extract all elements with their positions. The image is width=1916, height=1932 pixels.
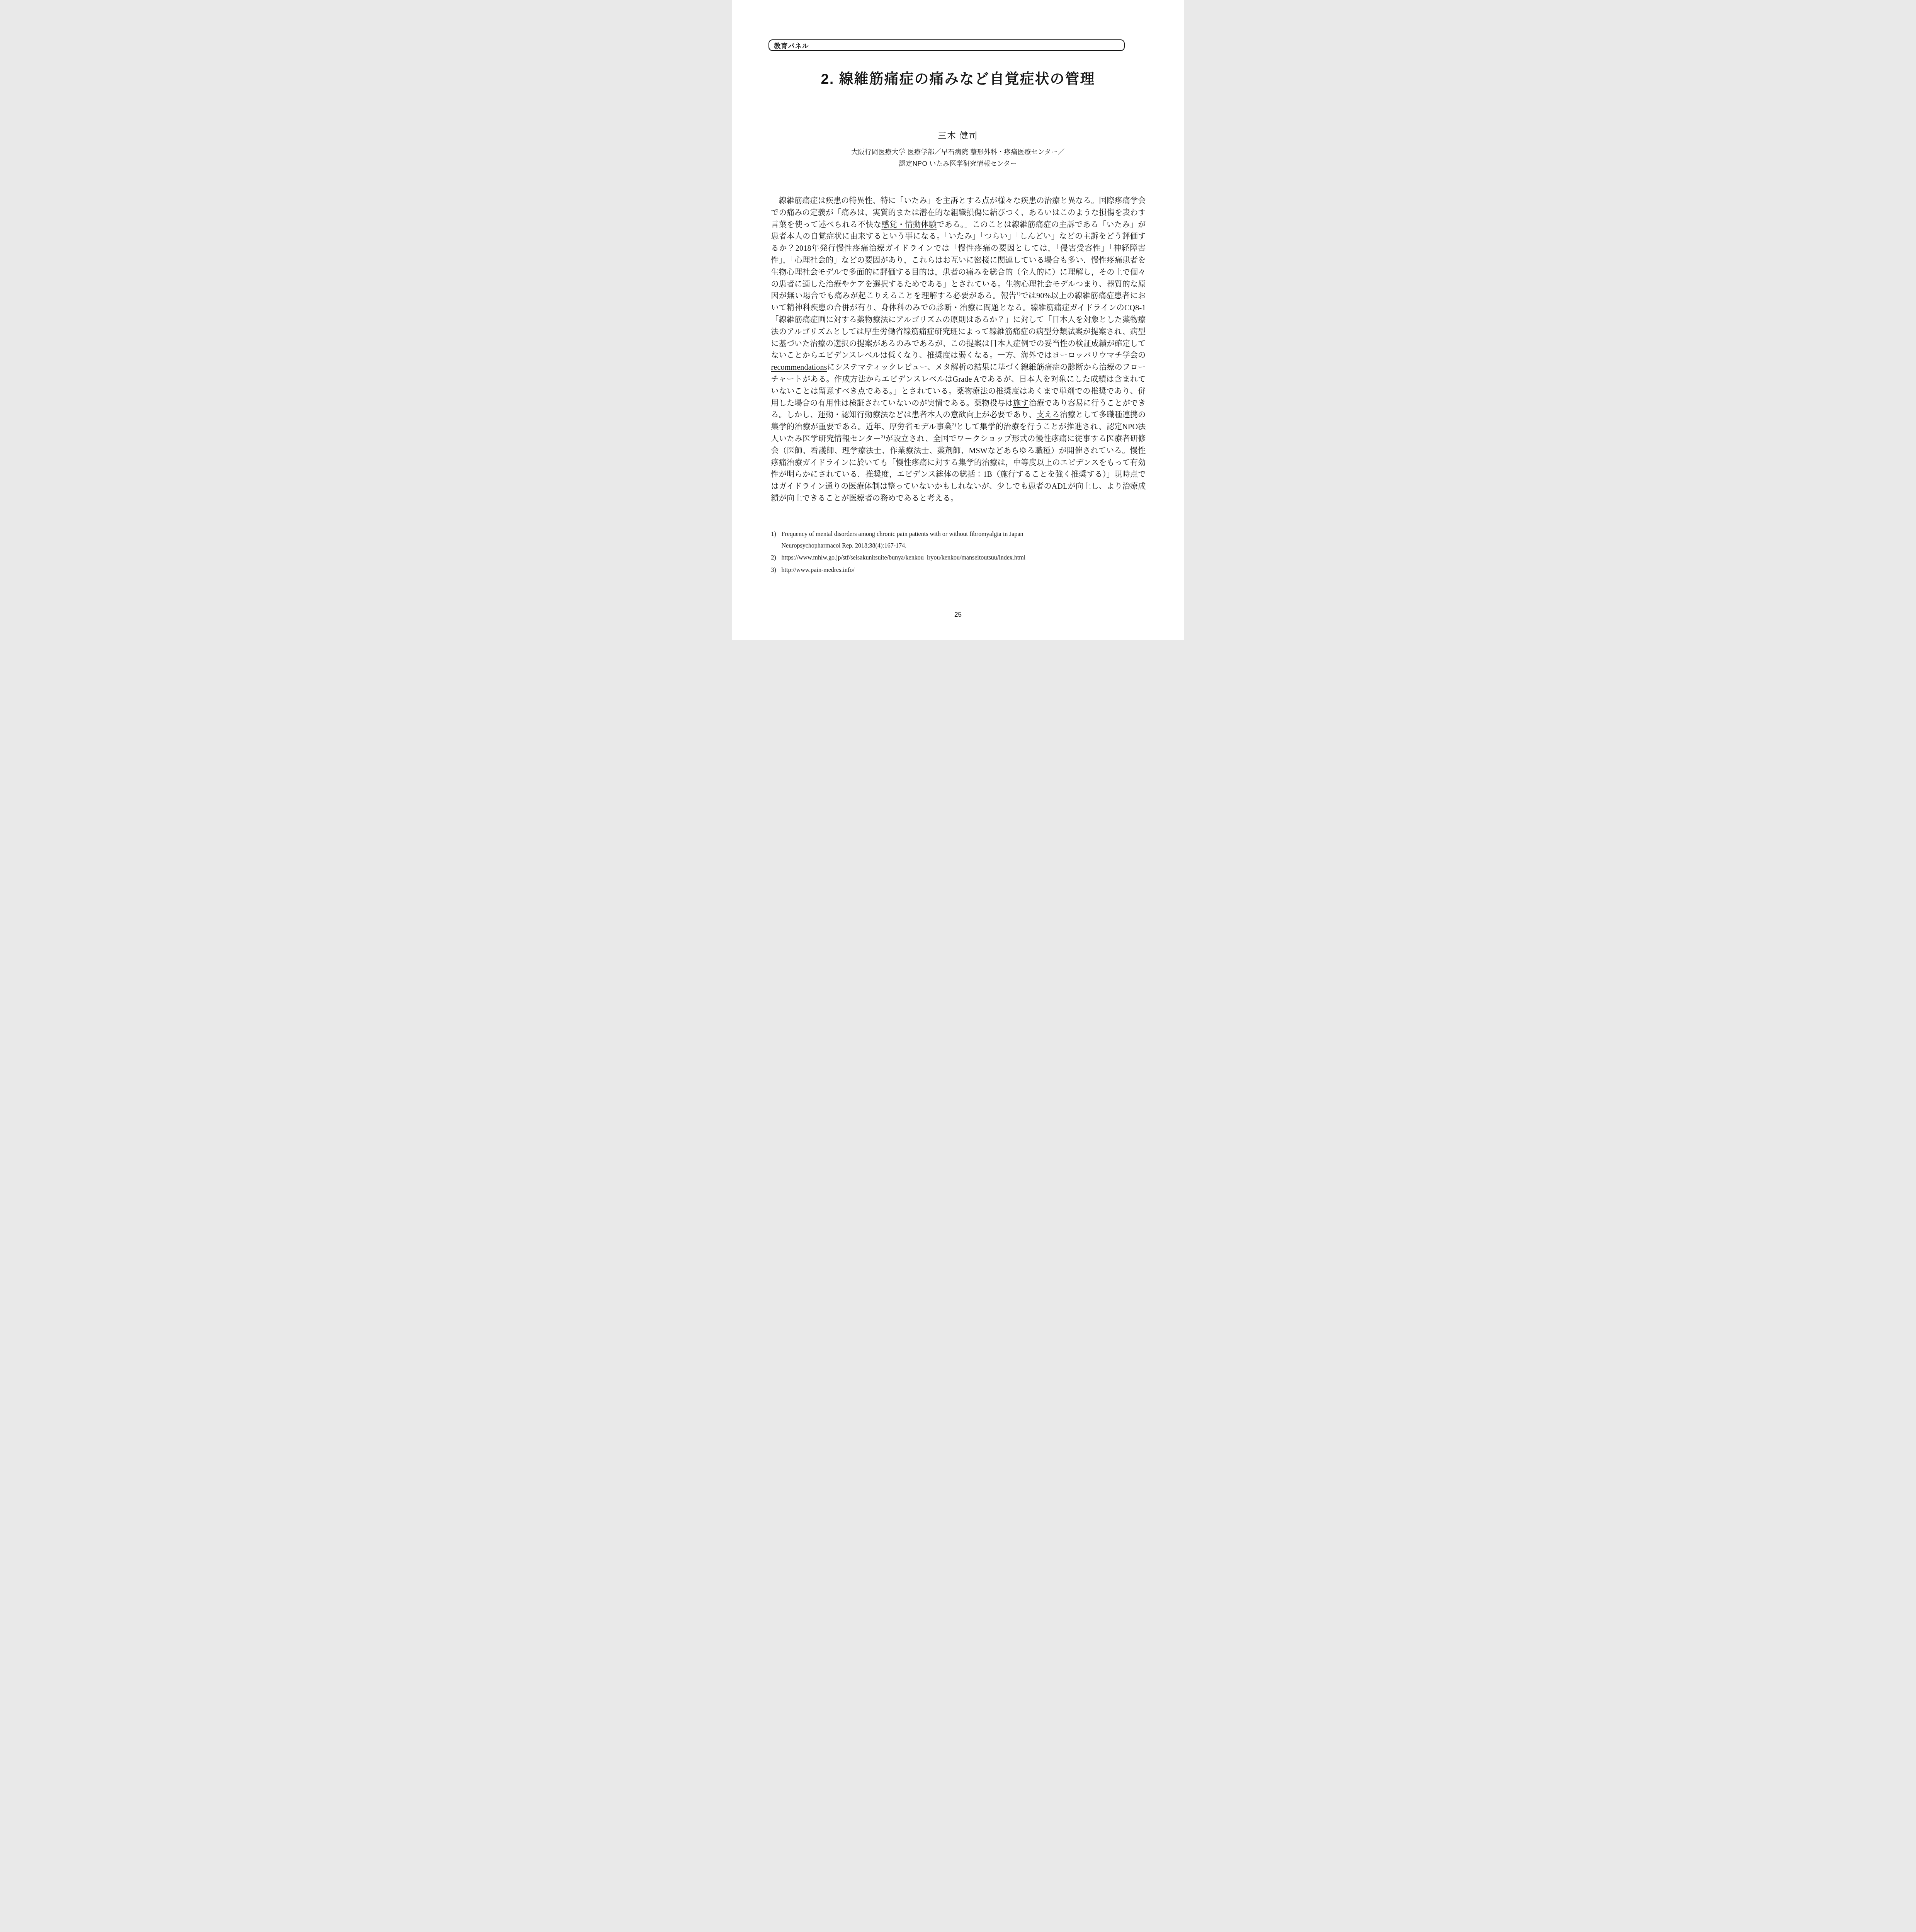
body-text-segment: では90%以上の線維筋痛症患者において精神科疾患の合併が有り、身体科のみでの診断… — [771, 292, 1146, 360]
article-title: 2. 線維筋痛症の痛みなど自覚症状の管理 — [732, 67, 1184, 88]
page-number: 25 — [732, 611, 1184, 619]
header-category-label: 教育パネル — [774, 41, 809, 50]
reference-text: Frequency of mental disorders among chro… — [782, 531, 1023, 549]
reference-text: https://www.mhlw.go.jp/stf/seisakunitsui… — [782, 554, 1026, 561]
body-text-segment: が設立され、全国でワークショップ形式の慢性疼痛に従事する医療者研修会（医師、看護… — [771, 435, 1146, 503]
reference-text: http://www.pain-medres.info/ — [782, 567, 855, 573]
document-page: 教育パネル 2. 線維筋痛症の痛みなど自覚症状の管理 三木 健司 大阪行岡医療大… — [732, 0, 1184, 640]
body-paragraph: 線維筋痛症は疾患の特異性、特に「いたみ」を主訴とする点が様々な疾患の治療と異なる… — [771, 195, 1146, 505]
affiliation-line-1: 大阪行岡医療大学 医療学部／早石病院 整形外科・疼痛医療センター／ — [732, 146, 1184, 158]
reference-list: 1)Frequency of mental disorders among ch… — [771, 529, 1146, 577]
reference-item: 1)Frequency of mental disorders among ch… — [771, 529, 1146, 551]
underlined-phrase: 感覚・情動体験 — [881, 221, 937, 229]
header-category-box: 教育パネル — [768, 39, 1125, 51]
reference-item: 2)https://www.mhlw.go.jp/stf/seisakunits… — [771, 552, 1146, 564]
reference-superscript: 3) — [881, 434, 885, 439]
body-text-segment: である。」このことは線維筋痛症の主訴である「いたみ」が患者本人の自覚症状に由来す… — [771, 221, 1146, 301]
reference-superscript: 2) — [952, 422, 956, 427]
underlined-phrase: recommendations — [771, 363, 827, 372]
reference-marker: 3) — [771, 565, 776, 576]
reference-marker: 1) — [771, 529, 776, 540]
underlined-phrase: 支える — [1037, 411, 1060, 419]
affiliation-line-2: 認定NPO いたみ医学研究情報センター — [732, 158, 1184, 170]
underlined-phrase: 施す — [1013, 399, 1029, 408]
reference-marker: 2) — [771, 552, 776, 564]
affiliation-block: 大阪行岡医療大学 医療学部／早石病院 整形外科・疼痛医療センター／ 認定NPO … — [732, 146, 1184, 169]
reference-item: 3)http://www.pain-medres.info/ — [771, 565, 1146, 576]
author-name: 三木 健司 — [732, 129, 1184, 141]
reference-superscript: 1) — [1017, 291, 1020, 297]
